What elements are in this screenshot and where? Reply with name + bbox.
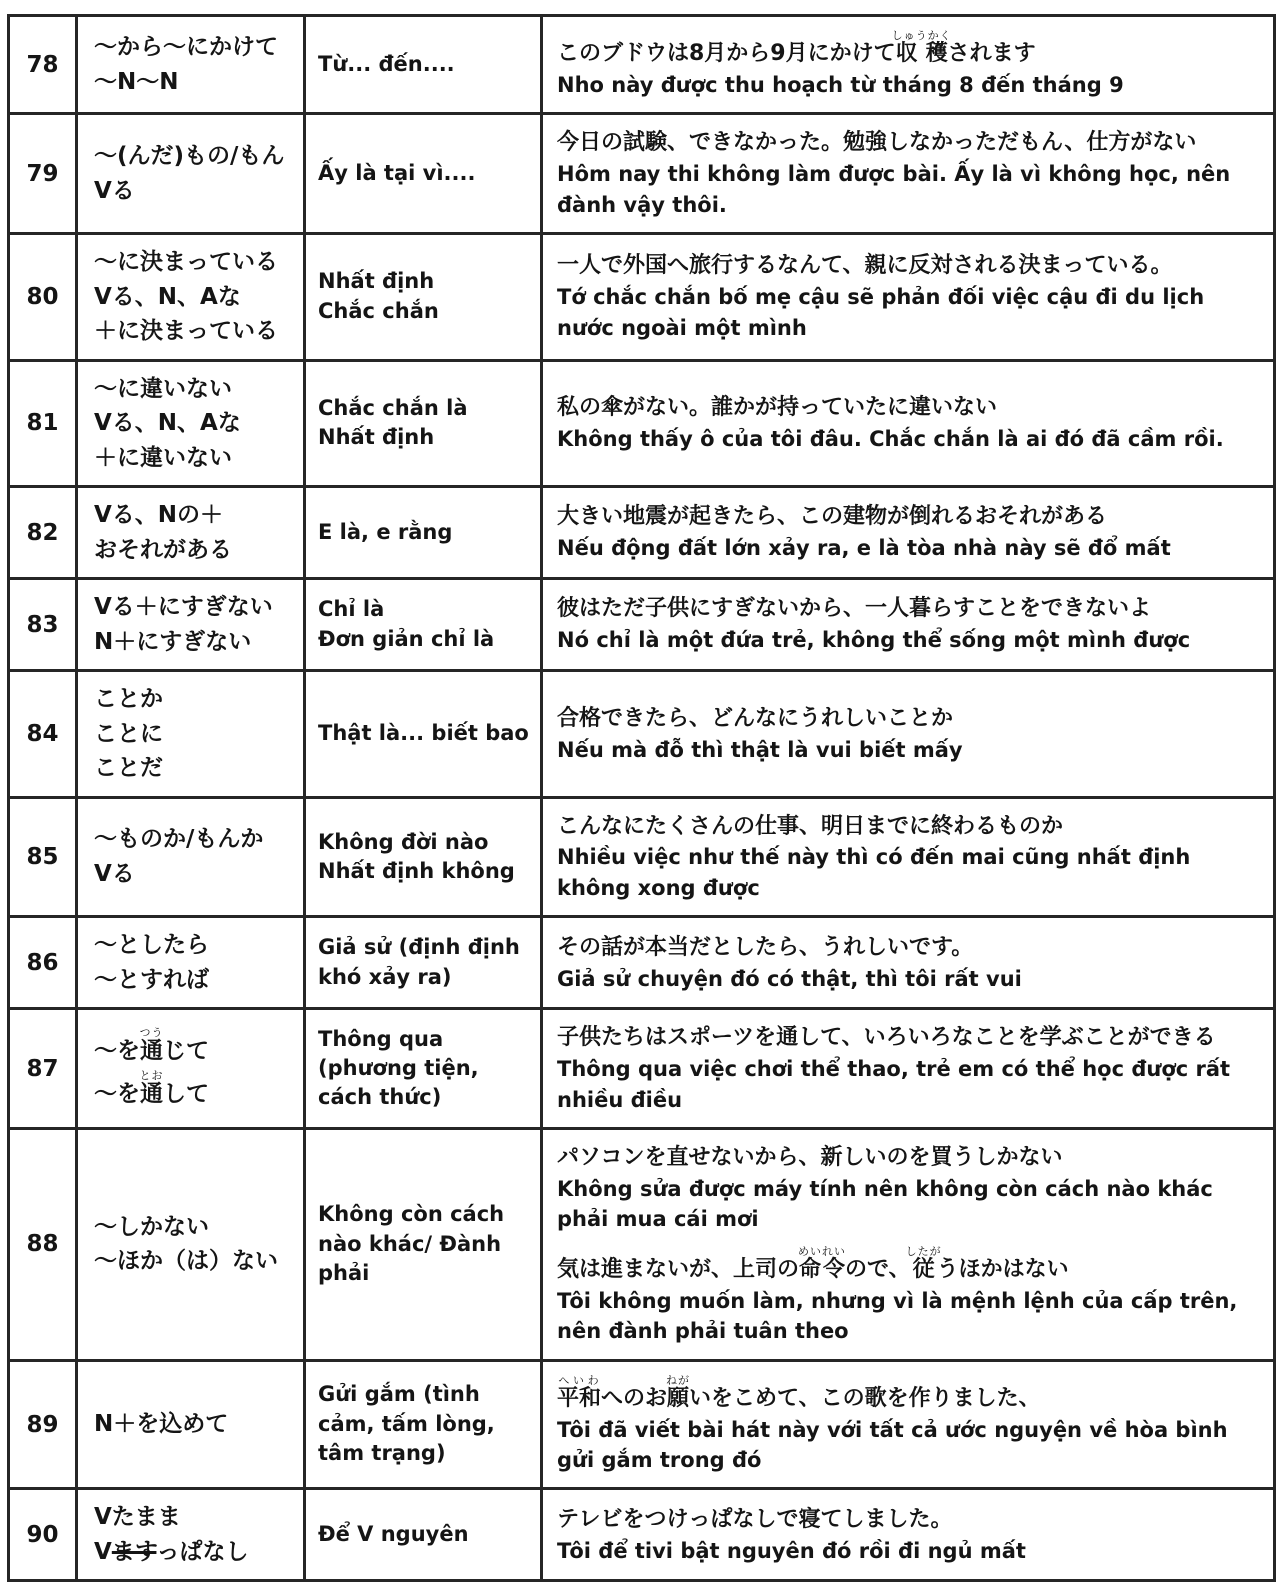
grammar-pattern-line: ～とすれば [94,963,293,998]
meaning-line: Thật là... biết bao [318,719,530,748]
grammar-pattern-line: ことか [94,682,293,717]
example-vietnamese: Hôm nay thi không làm được bài. Ấy là vì… [557,159,1263,220]
example-cell: 今日の試験、できなかった。勉強しなかっただもん、仕方がないHôm nay thi… [542,114,1275,234]
grammar-pattern-line: ～を通つうじて [94,1026,293,1069]
example-vietnamese: Không sửa được máy tính nên không còn cá… [557,1174,1263,1235]
grammar-pattern-cell: ～に決まっているVる、N、Aな＋に決まっている [77,234,305,361]
grammar-pattern-cell: ～ものか/もんかVる [77,797,305,917]
grammar-pattern-line: Vますっぱなし [94,1535,293,1570]
example-pair: 合格できたら、どんなにうれしいことかNếu mà đỗ thì thật là … [557,703,1263,765]
grammar-table: 78～から～にかけて～N～NTừ... đến....このブドウは8月から9月に… [7,14,1276,1582]
grammar-pattern-line: Vる、Nの＋ [94,498,293,533]
meaning-cell: Ấy là tại vì.... [305,114,542,234]
strikethrough-text: ます [112,1539,157,1565]
meaning-cell: Không đời nàoNhất định không [305,797,542,917]
meaning-line: Nhất định [318,267,530,296]
example-japanese: 平和へいわへのお願ねがいをこめて、この歌を作りました、 [557,1374,1263,1415]
row-number-cell: 86 [9,917,77,1009]
grammar-pattern-line: ～N～N [94,65,293,100]
grammar-pattern-line: ～ものか/もんか [94,822,293,857]
example-japanese: 大きい地震が起きたら、この建物が倒れるおそれがある [557,501,1263,533]
meaning-line: Giả sử (định định khó xảy ra) [318,933,530,992]
example-vietnamese: Nho này được thu hoạch từ tháng 8 đến th… [557,70,1263,100]
grammar-pattern-line: ことだ [94,751,293,786]
meaning-cell: Gửi gắm (tình cảm, tấm lòng, tâm trạng) [305,1360,542,1489]
example-japanese: 気は進まないが、上司の命令めいれいので、従したがうほかはない [557,1245,1263,1286]
table-row: 82Vる、Nの＋おそれがあるE là, e rằng大きい地震が起きたら、この建… [9,487,1275,579]
example-japanese: その話が本当だとしたら、うれしいです。 [557,932,1263,964]
grammar-pattern-line: おそれがある [94,533,293,568]
example-pair: 私の傘がない。誰かが持っていたに違いないKhông thấy ô của tôi… [557,392,1263,454]
example-japanese: 合格できたら、どんなにうれしいことか [557,703,1263,735]
table-row: 86～としたら～とすればGiả sử (định định khó xảy ra… [9,917,1275,1009]
grammar-pattern-line: ～ほか（は）ない [94,1244,293,1279]
meaning-cell: Từ... đến.... [305,16,542,114]
meaning-cell: Không còn cách nào khác/ Đành phải [305,1129,542,1361]
meaning-cell: Để V nguyên [305,1489,542,1581]
row-number-cell: 89 [9,1360,77,1489]
example-pair: 平和へいわへのお願ねがいをこめて、この歌を作りました、Tôi đã viết b… [557,1374,1263,1476]
meaning-line: Từ... đến.... [318,50,530,79]
table-row: 88～しかない～ほか（は）ないKhông còn cách nào khác/ … [9,1129,1275,1361]
table-row: 87～を通つうじて～を通とおしてThông qua (phương tiện, … [9,1009,1275,1129]
example-vietnamese: Tôi đã viết bài hát này với tất cả ước n… [557,1415,1263,1476]
example-cell: このブドウは8月から9月にかけて収穫しゅうかくされますNho này được … [542,16,1275,114]
meaning-line: Ấy là tại vì.... [318,159,530,188]
example-japanese: 私の傘がない。誰かが持っていたに違いない [557,392,1263,424]
example-pair: 大きい地震が起きたら、この建物が倒れるおそれがあるNếu động đất lớ… [557,501,1263,563]
meaning-line: Không còn cách nào khác/ Đành phải [318,1200,530,1288]
example-vietnamese: Nếu động đất lớn xảy ra, e là tòa nhà nà… [557,533,1263,563]
example-vietnamese: Tôi không muốn làm, nhưng vì là mệnh lện… [557,1286,1263,1347]
grammar-pattern-line: ～を通とおして [94,1069,293,1112]
row-number-cell: 87 [9,1009,77,1129]
grammar-pattern-cell: ～しかない～ほか（は）ない [77,1129,305,1361]
grammar-pattern-line: Vる [94,857,293,892]
grammar-pattern-line: ＋に違いない [94,441,293,476]
example-cell: テレビをつけっぱなしで寝てしました。Tôi để tivi bật nguyên… [542,1489,1275,1581]
example-vietnamese: Nhiều việc như thế này thì có đến mai cũ… [557,842,1263,903]
row-number-cell: 80 [9,234,77,361]
grammar-pattern-line: ～から～にかけて [94,30,293,65]
example-pair: このブドウは8月から9月にかけて収穫しゅうかくされますNho này được … [557,29,1263,100]
example-vietnamese: Tớ chắc chắn bố mẹ cậu sẽ phản đối việc … [557,282,1263,343]
table-row: 78～から～にかけて～N～NTừ... đến....このブドウは8月から9月に… [9,16,1275,114]
furigana-text: 収穫しゅうかく [896,41,948,66]
example-cell: こんなにたくさんの仕事、明日までに終わるものかNhiều việc như th… [542,797,1275,917]
furigana-text: 平和へいわ [557,1386,601,1411]
grammar-pattern-line: Vる、N、Aな [94,406,293,441]
example-pair: 気は進まないが、上司の命令めいれいので、従したがうほかはないTôi không … [557,1245,1263,1347]
grammar-pattern-cell: ～としたら～とすれば [77,917,305,1009]
grammar-pattern-line: ～(んだ)もの/もん [94,139,293,174]
grammar-pattern-line: Vる、N、Aな [94,280,293,315]
meaning-line: Đơn giản chỉ là [318,625,530,654]
table-row: 90VたままVますっぱなしĐể V nguyênテレビをつけっぱなしで寝てしまし… [9,1489,1275,1581]
grammar-pattern-line: Vる [94,174,293,209]
example-cell: 平和へいわへのお願ねがいをこめて、この歌を作りました、Tôi đã viết b… [542,1360,1275,1489]
table-row: 81～に違いないVる、N、Aな＋に違いないChắc chắn làNhất đị… [9,360,1275,487]
meaning-cell: E là, e rằng [305,487,542,579]
grammar-pattern-line: ～に決まっている [94,245,293,280]
meaning-line: Chắc chắn [318,297,530,326]
grammar-pattern-cell: ～(んだ)もの/もんVる [77,114,305,234]
grammar-pattern-cell: Vる＋にすぎないN＋にすぎない [77,579,305,671]
furigana-text: 願ねが [667,1386,689,1411]
table-row: 79～(んだ)もの/もんVるẤy là tại vì....今日の試験、できなか… [9,114,1275,234]
example-japanese: パソコンを直せないから、新しいのを買うしかない [557,1142,1263,1174]
example-cell: 一人で外国へ旅行するなんて、親に反対される決まっている。Tớ chắc chắn… [542,234,1275,361]
grammar-pattern-line: N＋にすぎない [94,625,293,660]
meaning-cell: Thật là... biết bao [305,671,542,798]
example-japanese: こんなにたくさんの仕事、明日までに終わるものか [557,811,1263,843]
meaning-cell: Chắc chắn làNhất định [305,360,542,487]
example-vietnamese: Thông qua việc chơi thể thao, trẻ em có … [557,1054,1263,1115]
example-vietnamese: Nếu mà đỗ thì thật là vui biết mấy [557,735,1263,765]
example-japanese: 彼はただ子供にすぎないから、一人暮らすことをできないよ [557,593,1263,625]
meaning-line: Chỉ là [318,595,530,624]
meaning-line: Gửi gắm (tình cảm, tấm lòng, tâm trạng) [318,1380,530,1468]
meaning-line: Nhất định [318,423,530,452]
meaning-cell: Nhất địnhChắc chắn [305,234,542,361]
furigana-text: 通つう [140,1038,163,1064]
grammar-pattern-cell: ～に違いないVる、N、Aな＋に違いない [77,360,305,487]
row-number-cell: 85 [9,797,77,917]
example-cell: パソコンを直せないから、新しいのを買うしかないKhông sửa được má… [542,1129,1275,1361]
grammar-pattern-line: ～しかない [94,1210,293,1245]
row-number-cell: 78 [9,16,77,114]
example-cell: 大きい地震が起きたら、この建物が倒れるおそれがあるNếu động đất lớ… [542,487,1275,579]
furigana-text: 従したが [911,1257,937,1282]
example-pair: その話が本当だとしたら、うれしいです。Giả sử chuyện đó có t… [557,932,1263,994]
furigana-text: 命令めいれい [799,1257,845,1282]
table-row: 89N＋を込めてGửi gắm (tình cảm, tấm lòng, tâm… [9,1360,1275,1489]
row-number-cell: 90 [9,1489,77,1581]
meaning-cell: Giả sử (định định khó xảy ra) [305,917,542,1009]
meaning-cell: Thông qua (phương tiện, cách thức) [305,1009,542,1129]
example-pair: 一人で外国へ旅行するなんて、親に反対される決まっている。Tớ chắc chắn… [557,250,1263,343]
row-number-cell: 88 [9,1129,77,1361]
example-japanese: このブドウは8月から9月にかけて収穫しゅうかくされます [557,29,1263,70]
row-number-cell: 84 [9,671,77,798]
example-japanese: 一人で外国へ旅行するなんて、親に反対される決まっている。 [557,250,1263,282]
grammar-pattern-cell: ことかことにことだ [77,671,305,798]
example-japanese: テレビをつけっぱなしで寝てしました。 [557,1504,1263,1536]
grammar-pattern-line: ～としたら [94,928,293,963]
example-cell: 私の傘がない。誰かが持っていたに違いないKhông thấy ô của tôi… [542,360,1275,487]
example-pair: こんなにたくさんの仕事、明日までに終わるものかNhiều việc như th… [557,811,1263,904]
row-number-cell: 82 [9,487,77,579]
grammar-pattern-line: ＋に決まっている [94,314,293,349]
table-row: 83Vる＋にすぎないN＋にすぎないChỉ làĐơn giản chỉ là彼は… [9,579,1275,671]
row-number-cell: 83 [9,579,77,671]
example-pair: 彼はただ子供にすぎないから、一人暮らすことをできないよNó chỉ là một… [557,593,1263,655]
meaning-line: Thông qua (phương tiện, cách thức) [318,1025,530,1113]
meaning-line: Nhất định không [318,857,530,886]
example-japanese: 子供たちはスポーツを通して、いろいろなことを学ぶことができる [557,1022,1263,1054]
row-number-cell: 79 [9,114,77,234]
grammar-sheet-page: 78～から～にかけて～N～NTừ... đến....このブドウは8月から9月に… [0,0,1278,1582]
meaning-cell: Chỉ làĐơn giản chỉ là [305,579,542,671]
meaning-line: Chắc chắn là [318,394,530,423]
grammar-pattern-line: ～に違いない [94,372,293,407]
example-vietnamese: Nó chỉ là một đứa trẻ, không thể sống mộ… [557,625,1263,655]
furigana-text: 通とお [140,1081,163,1107]
example-japanese: 今日の試験、できなかった。勉強しなかっただもん、仕方がない [557,127,1263,159]
example-cell: 彼はただ子供にすぎないから、一人暮らすことをできないよNó chỉ là một… [542,579,1275,671]
grammar-pattern-cell: Vる、Nの＋おそれがある [77,487,305,579]
table-row: 80～に決まっているVる、N、Aな＋に決まっているNhất địnhChắc c… [9,234,1275,361]
grammar-pattern-line: ことに [94,717,293,752]
grammar-pattern-line: N＋を込めて [94,1407,293,1442]
grammar-pattern-cell: ～から～にかけて～N～N [77,16,305,114]
example-cell: 合格できたら、どんなにうれしいことかNếu mà đỗ thì thật là … [542,671,1275,798]
meaning-line: Để V nguyên [318,1520,530,1549]
grammar-pattern-cell: VたままVますっぱなし [77,1489,305,1581]
example-vietnamese: Tôi để tivi bật nguyên đó rồi đi ngủ mất [557,1536,1263,1566]
grammar-pattern-cell: ～を通つうじて～を通とおして [77,1009,305,1129]
grammar-table-body: 78～から～にかけて～N～NTừ... đến....このブドウは8月から9月に… [9,16,1275,1581]
example-cell: 子供たちはスポーツを通して、いろいろなことを学ぶことができるThông qua … [542,1009,1275,1129]
example-pair: 子供たちはスポーツを通して、いろいろなことを学ぶことができるThông qua … [557,1022,1263,1115]
table-row: 84ことかことにことだThật là... biết bao合格できたら、どんな… [9,671,1275,798]
example-pair: パソコンを直せないから、新しいのを買うしかないKhông sửa được má… [557,1142,1263,1235]
meaning-line: E là, e rằng [318,518,530,547]
example-vietnamese: Không thấy ô của tôi đâu. Chắc chắn là a… [557,424,1263,454]
example-pair: テレビをつけっぱなしで寝てしました。Tôi để tivi bật nguyên… [557,1504,1263,1566]
table-row: 85～ものか/もんかVるKhông đời nàoNhất định không… [9,797,1275,917]
grammar-pattern-line: Vたまま [94,1500,293,1535]
example-cell: その話が本当だとしたら、うれしいです。Giả sử chuyện đó có t… [542,917,1275,1009]
grammar-pattern-cell: N＋を込めて [77,1360,305,1489]
meaning-line: Không đời nào [318,828,530,857]
grammar-pattern-line: Vる＋にすぎない [94,590,293,625]
row-number-cell: 81 [9,360,77,487]
example-vietnamese: Giả sử chuyện đó có thật, thì tôi rất vu… [557,964,1263,994]
example-pair: 今日の試験、できなかった。勉強しなかっただもん、仕方がないHôm nay thi… [557,127,1263,220]
